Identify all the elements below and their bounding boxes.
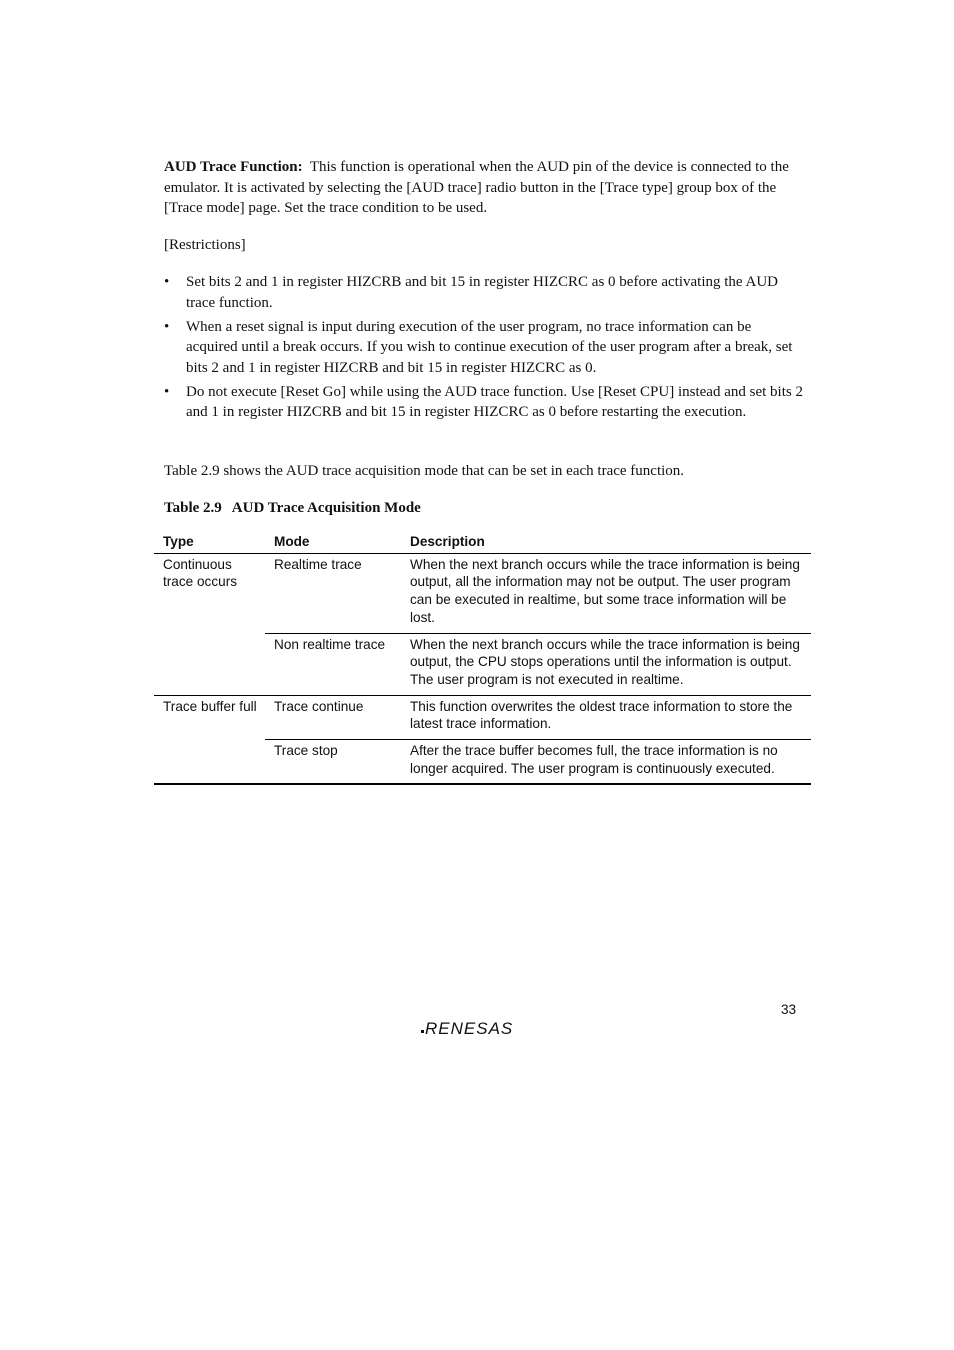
description-cell: When the next branch occurs while the tr… [401, 553, 811, 633]
table-caption-title: AUD Trace Acquisition Mode [232, 500, 421, 516]
column-header-mode: Mode [265, 532, 401, 553]
restrictions-list: •Set bits 2 and 1 in register HIZCRB and… [164, 272, 804, 426]
list-item-text: When a reset signal is input during exec… [186, 319, 792, 376]
table-row: Trace buffer full Trace continue This fu… [154, 695, 811, 739]
description-cell: This function overwrites the oldest trac… [401, 695, 811, 739]
mode-cell: Realtime trace [265, 553, 401, 633]
mode-cell: Trace stop [265, 740, 401, 785]
list-item-text: Do not execute [Reset Go] while using th… [186, 384, 803, 421]
table-row: Continuous trace occurs Realtime trace W… [154, 553, 811, 633]
table-header-row: Type Mode Description [154, 532, 811, 553]
table-caption: Table 2.9AUD Trace Acquisition Mode [164, 498, 421, 519]
bullet-icon: • [164, 272, 169, 293]
column-header-type: Type [154, 532, 265, 553]
trace-mode-table: Type Mode Description Continuous trace o… [154, 532, 811, 785]
intro-paragraph: AUD Trace Function: This function is ope… [164, 157, 804, 219]
type-cell: Trace buffer full [154, 695, 265, 784]
bullet-icon: • [164, 382, 169, 403]
mode-cell: Trace continue [265, 695, 401, 739]
page-number: 33 [781, 1002, 796, 1017]
logo-text: RENESAS [425, 1019, 513, 1038]
list-item: •Do not execute [Reset Go] while using t… [164, 382, 804, 423]
table-lead-sentence: Table 2.9 shows the AUD trace acquisitio… [164, 461, 684, 482]
description-cell: When the next branch occurs while the tr… [401, 633, 811, 695]
list-item: •Set bits 2 and 1 in register HIZCRB and… [164, 272, 804, 313]
renesas-logo-icon: RENESAS [420, 1015, 542, 1039]
list-item-text: Set bits 2 and 1 in register HIZCRB and … [186, 274, 778, 311]
list-item: •When a reset signal is input during exe… [164, 317, 804, 379]
column-header-description: Description [401, 532, 811, 553]
mode-cell: Non realtime trace [265, 633, 401, 695]
restrictions-label: [Restrictions] [164, 235, 246, 256]
table-caption-number: Table 2.9 [164, 500, 222, 516]
type-cell: Continuous trace occurs [154, 553, 265, 695]
description-cell: After the trace buffer becomes full, the… [401, 740, 811, 785]
document-page: AUD Trace Function: This function is ope… [0, 0, 954, 1350]
bullet-icon: • [164, 317, 169, 338]
intro-heading: AUD Trace Function: [164, 159, 303, 175]
